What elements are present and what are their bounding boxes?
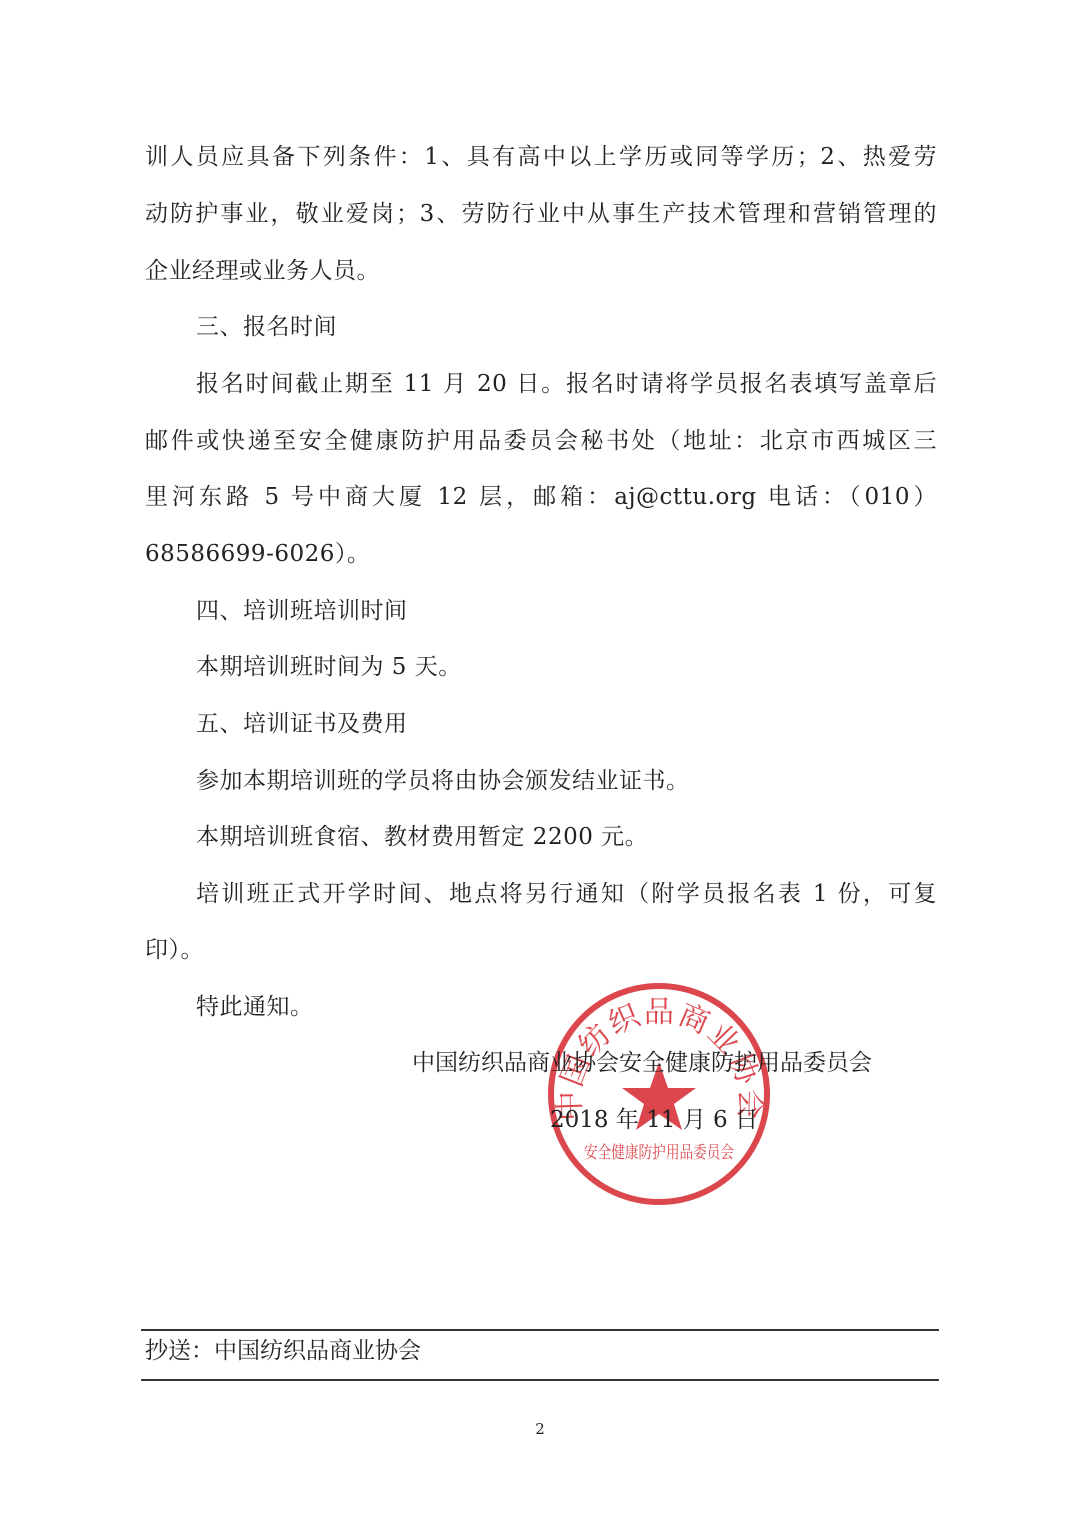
body-line-requirements-2: 动防护事业，敬业爱岗；3、劳防行业中从事生产技术管理和营销管理的 <box>145 198 937 230</box>
body-line-registration-4: 68586699-6026）。 <box>145 538 370 570</box>
section-heading-registration-time: 三、报名时间 <box>196 311 337 343</box>
document-page: 训人员应具备下列条件：1、具有高中以上学历或同等学历；2、热爱劳 动防护事业，敬… <box>0 0 1080 1528</box>
closing-line: 特此通知。 <box>196 991 314 1023</box>
official-seal-stamp: 中国纺织品商业协会 安全健康防护用品委员会 <box>545 980 773 1208</box>
body-line-registration-1: 报名时间截止期至 11 月 20 日。报名时请将学员报名表填写盖章后 <box>196 368 937 400</box>
svg-text:安全健康防护用品委员会: 安全健康防护用品委员会 <box>584 1143 734 1163</box>
body-line-requirements-1: 训人员应具备下列条件：1、具有高中以上学历或同等学历；2、热爱劳 <box>145 141 937 173</box>
cc-bottom-rule <box>141 1379 939 1381</box>
body-line-registration-2: 邮件或快递至安全健康防护用品委员会秘书处（地址：北京市西城区三 <box>145 425 937 457</box>
section-heading-certificate-fees: 五、培训证书及费用 <box>196 708 408 740</box>
body-line-fees: 本期培训班食宿、教材费用暂定 2200 元。 <box>196 821 648 853</box>
page-number: 2 <box>0 1420 1080 1438</box>
body-line-registration-3: 里河东路 5 号中商大厦 12 层，邮箱：aj@cttu.org 电话：（010… <box>145 481 937 513</box>
signature-date: 2018 年 11 月 6 日 <box>550 1104 758 1136</box>
body-line-training-time: 本期培训班时间为 5 天。 <box>196 651 462 683</box>
body-line-requirements-3: 企业经理或业务人员。 <box>145 255 380 287</box>
body-line-certificate: 参加本期培训班的学员将由协会颁发结业证书。 <box>196 765 690 797</box>
body-line-notice-1: 培训班正式开学时间、地点将另行通知（附学员报名表 1 份，可复 <box>196 878 937 910</box>
cc-top-rule <box>141 1329 939 1331</box>
cc-recipients: 抄送：中国纺织品商业协会 <box>145 1335 421 1367</box>
signature-organization: 中国纺织品商业协会安全健康防护用品委员会 <box>412 1047 872 1079</box>
section-heading-training-time: 四、培训班培训时间 <box>196 595 408 627</box>
body-line-notice-2: 印）。 <box>145 934 204 966</box>
